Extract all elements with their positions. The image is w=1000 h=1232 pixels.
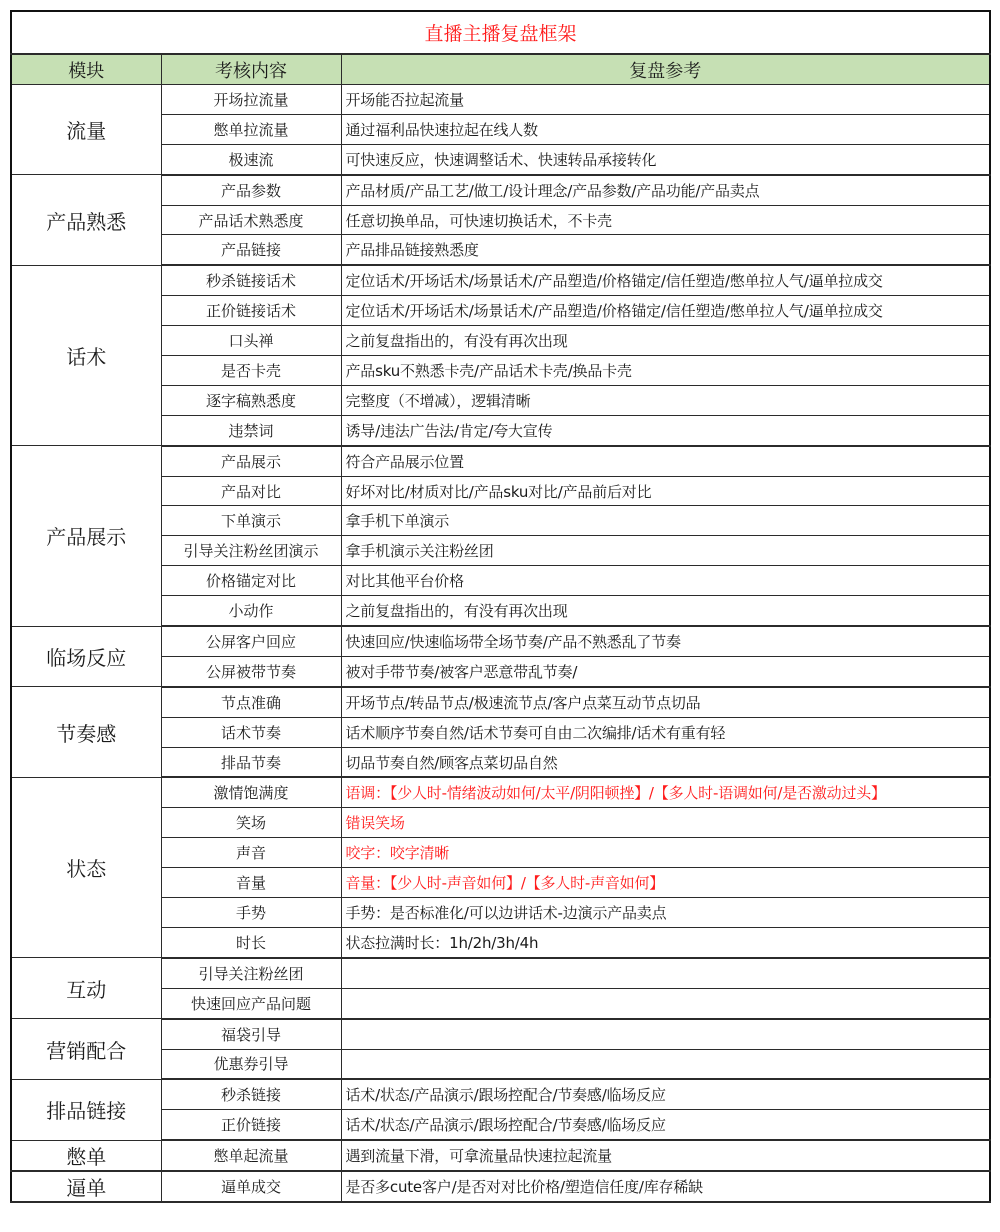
- assessment-item-cell: 秒杀链接: [161, 1079, 341, 1109]
- assessment-item-cell: 音量: [161, 868, 341, 898]
- table-row: 产品熟悉产品参数产品材质/产品工艺/做工/设计理念/产品参数/产品功能/产品卖点: [11, 175, 990, 205]
- review-reference-cell: 咬字：咬字清晰: [341, 838, 990, 868]
- assessment-item-cell: 引导关注粉丝团: [161, 958, 341, 988]
- review-reference-cell: 开场节点/转品节点/极速流节点/客户点菜互动节点切品: [341, 687, 990, 717]
- review-reference-cell: 产品sku不熟悉卡壳/产品话术卡壳/换品卡壳: [341, 356, 990, 386]
- table-row: 临场反应公屏客户回应快速回应/快速临场带全场节奏/产品不熟悉乱了节奏: [11, 626, 990, 656]
- module-cell: 临场反应: [11, 626, 161, 687]
- review-reference-cell: 之前复盘指出的，有没有再次出现: [341, 326, 990, 356]
- assessment-item-cell: 憋单拉流量: [161, 114, 341, 144]
- assessment-item-cell: 产品话术熟悉度: [161, 205, 341, 235]
- assessment-item-cell: 公屏被带节奏: [161, 656, 341, 686]
- assessment-item-cell: 下单演示: [161, 506, 341, 536]
- assessment-item-cell: 快速回应产品问题: [161, 988, 341, 1018]
- assessment-item-cell: 排品节奏: [161, 747, 341, 777]
- review-reference-cell: 通过福利品快速拉起在线人数: [341, 114, 990, 144]
- assessment-item-cell: 声音: [161, 838, 341, 868]
- module-cell: 流量: [11, 85, 161, 175]
- review-reference-cell: 快速回应/快速临场带全场节奏/产品不熟悉乱了节奏: [341, 626, 990, 656]
- assessment-item-cell: 激情饱满度: [161, 777, 341, 807]
- review-reference-cell: 定位话术/开场话术/场景话术/产品塑造/价格锚定/信任塑造/憋单拉人气/逼单拉成…: [341, 265, 990, 295]
- review-reference-cell: [341, 1049, 990, 1079]
- review-framework-sheet: 直播主播复盘框架 模块 考核内容 复盘参考 流量开场拉流量开场能否拉起流量憋单拉…: [10, 10, 989, 1203]
- assessment-item-cell: 正价链接: [161, 1110, 341, 1140]
- assessment-item-cell: 逐字稿熟悉度: [161, 385, 341, 415]
- assessment-item-cell: 公屏客户回应: [161, 626, 341, 656]
- assessment-item-cell: 正价链接话术: [161, 296, 341, 326]
- module-cell: 逼单: [11, 1171, 161, 1202]
- assessment-item-cell: 产品展示: [161, 446, 341, 476]
- review-reference-cell: 产品材质/产品工艺/做工/设计理念/产品参数/产品功能/产品卖点: [341, 175, 990, 205]
- assessment-item-cell: 极速流: [161, 144, 341, 174]
- review-reference-cell: 切品节奏自然/顾客点菜切品自然: [341, 747, 990, 777]
- review-reference-cell: 手势：是否标准化/可以边讲话术-边演示产品卖点: [341, 898, 990, 928]
- review-reference-cell: 诱导/违法广告法/肯定/夸大宣传: [341, 415, 990, 445]
- table-row: 互动引导关注粉丝团: [11, 958, 990, 988]
- sheet-title: 直播主播复盘框架: [11, 11, 990, 54]
- review-reference-cell: 开场能否拉起流量: [341, 85, 990, 115]
- assessment-item-cell: 话术节奏: [161, 717, 341, 747]
- assessment-item-cell: 产品对比: [161, 476, 341, 506]
- table-row: 营销配合福袋引导: [11, 1019, 990, 1049]
- assessment-item-cell: 引导关注粉丝团演示: [161, 536, 341, 566]
- review-reference-cell: 产品排品链接熟悉度: [341, 235, 990, 265]
- review-reference-cell: 可快速反应，快速调整话术、快速转品承接转化: [341, 144, 990, 174]
- review-reference-cell: 语调：【少人时-情绪波动如何/太平/阴阳顿挫】/【多人时-语调如何/是否激动过头…: [341, 777, 990, 807]
- assessment-item-cell: 笑场: [161, 808, 341, 838]
- module-cell: 产品熟悉: [11, 175, 161, 266]
- review-reference-cell: 是否多cute客户/是否对对比价格/塑造信任度/库存稀缺: [341, 1171, 990, 1202]
- module-cell: 互动: [11, 958, 161, 1019]
- review-reference-cell: [341, 1019, 990, 1049]
- table-row: 排品链接秒杀链接话术/状态/产品演示/跟场控配合/节奏感/临场反应: [11, 1079, 990, 1109]
- review-reference-cell: 拿手机演示关注粉丝团: [341, 536, 990, 566]
- assessment-item-cell: 时长: [161, 927, 341, 957]
- table-row: 憋单憋单起流量遇到流量下滑，可拿流量品快速拉起流量: [11, 1140, 990, 1171]
- review-reference-cell: 音量：【少人时-声音如何】/【多人时-声音如何】: [341, 868, 990, 898]
- header-module: 模块: [11, 54, 161, 85]
- table-row: 状态激情饱满度语调：【少人时-情绪波动如何/太平/阴阳顿挫】/【多人时-语调如何…: [11, 777, 990, 807]
- review-reference-cell: 好坏对比/材质对比/产品sku对比/产品前后对比: [341, 476, 990, 506]
- module-cell: 状态: [11, 777, 161, 957]
- assessment-item-cell: 价格锚定对比: [161, 566, 341, 596]
- review-reference-cell: 符合产品展示位置: [341, 446, 990, 476]
- module-cell: 产品展示: [11, 446, 161, 626]
- module-cell: 节奏感: [11, 687, 161, 778]
- review-reference-cell: 被对手带节奏/被客户恶意带乱节奏/: [341, 656, 990, 686]
- module-cell: 憋单: [11, 1140, 161, 1171]
- review-reference-cell: 遇到流量下滑，可拿流量品快速拉起流量: [341, 1140, 990, 1171]
- module-cell: 话术: [11, 265, 161, 445]
- header-item: 考核内容: [161, 54, 341, 85]
- review-reference-cell: 错误笑场: [341, 808, 990, 838]
- review-reference-cell: 状态拉满时长：1h/2h/3h/4h: [341, 927, 990, 957]
- header-row: 模块 考核内容 复盘参考: [11, 54, 990, 85]
- header-reference: 复盘参考: [341, 54, 990, 85]
- assessment-item-cell: 优惠券引导: [161, 1049, 341, 1079]
- review-reference-cell: [341, 958, 990, 988]
- assessment-item-cell: 是否卡壳: [161, 356, 341, 386]
- assessment-item-cell: 节点准确: [161, 687, 341, 717]
- assessment-item-cell: 秒杀链接话术: [161, 265, 341, 295]
- assessment-item-cell: 憋单起流量: [161, 1140, 341, 1171]
- assessment-item-cell: 开场拉流量: [161, 85, 341, 115]
- assessment-item-cell: 产品链接: [161, 235, 341, 265]
- assessment-item-cell: 逼单成交: [161, 1171, 341, 1202]
- review-reference-cell: 完整度（不增减），逻辑清晰: [341, 385, 990, 415]
- review-framework-table: 直播主播复盘框架 模块 考核内容 复盘参考 流量开场拉流量开场能否拉起流量憋单拉…: [10, 10, 991, 1203]
- assessment-item-cell: 小动作: [161, 596, 341, 626]
- table-row: 流量开场拉流量开场能否拉起流量: [11, 85, 990, 115]
- review-reference-cell: 任意切换单品，可快速切换话术，不卡壳: [341, 205, 990, 235]
- review-reference-cell: 拿手机下单演示: [341, 506, 990, 536]
- module-cell: 排品链接: [11, 1079, 161, 1140]
- review-reference-cell: 话术顺序节奏自然/话术节奏可自由二次编排/话术有重有轻: [341, 717, 990, 747]
- assessment-item-cell: 违禁词: [161, 415, 341, 445]
- review-reference-cell: 之前复盘指出的，有没有再次出现: [341, 596, 990, 626]
- assessment-item-cell: 福袋引导: [161, 1019, 341, 1049]
- review-reference-cell: 定位话术/开场话术/场景话术/产品塑造/价格锚定/信任塑造/憋单拉人气/逼单拉成…: [341, 296, 990, 326]
- assessment-item-cell: 口头禅: [161, 326, 341, 356]
- table-row: 逼单逼单成交是否多cute客户/是否对对比价格/塑造信任度/库存稀缺: [11, 1171, 990, 1202]
- assessment-item-cell: 手势: [161, 898, 341, 928]
- assessment-item-cell: 产品参数: [161, 175, 341, 205]
- table-row: 节奏感节点准确开场节点/转品节点/极速流节点/客户点菜互动节点切品: [11, 687, 990, 717]
- review-reference-cell: [341, 988, 990, 1018]
- review-reference-cell: 对比其他平台价格: [341, 566, 990, 596]
- table-row: 话术秒杀链接话术定位话术/开场话术/场景话术/产品塑造/价格锚定/信任塑造/憋单…: [11, 265, 990, 295]
- module-cell: 营销配合: [11, 1019, 161, 1080]
- table-row: 产品展示产品展示符合产品展示位置: [11, 446, 990, 476]
- review-reference-cell: 话术/状态/产品演示/跟场控配合/节奏感/临场反应: [341, 1079, 990, 1109]
- table-body: 流量开场拉流量开场能否拉起流量憋单拉流量通过福利品快速拉起在线人数极速流可快速反…: [11, 85, 990, 1203]
- review-reference-cell: 话术/状态/产品演示/跟场控配合/节奏感/临场反应: [341, 1110, 990, 1140]
